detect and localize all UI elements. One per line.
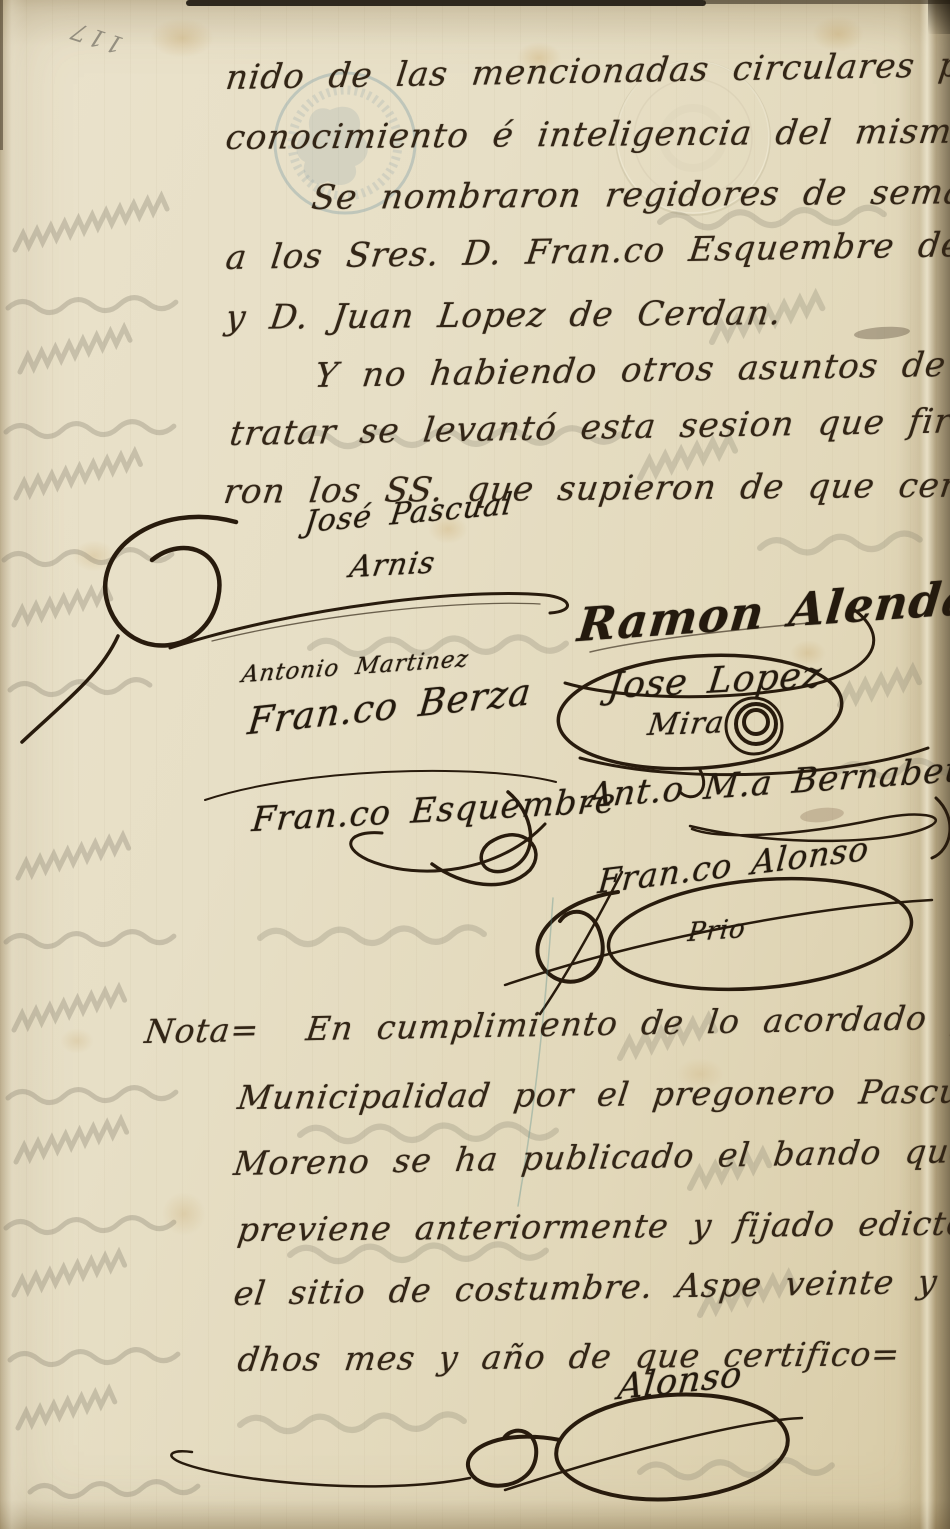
rubric-alonso-nota [171,1387,802,1507]
top-edge-shading [0,0,950,46]
scan-edge-left [0,0,3,150]
body-line-4: a los Sres. D. Fran.co Esquembre de Gome… [224,223,950,279]
body-line-3: Se nombraron regidores de semana [309,172,950,218]
nota-line-3: Moreno se ha publicado el bando que se [232,1130,950,1183]
signature-francisco-alonso-line1: Fran.co Alonso [596,828,871,901]
signature-ramon-alenda: Ramon Alenda [575,570,950,652]
scan-corner-dark [928,0,950,34]
body-line-7: tratar se levantó esta sesion que firma [228,400,950,454]
manuscript-page: 117 [0,0,950,1529]
signature-jose-lopez-line1: Jose Lopez [605,655,824,708]
signature-jose-pascual-line2: Arnis [347,545,438,585]
nota-line-1: Nota= En cumplimiento de lo acordado por… [143,996,950,1051]
scan-edge-top [186,0,706,6]
foxing-stain [162,1192,206,1236]
body-line-5: y D. Juan Lopez de Cerdan. [223,293,784,338]
ink-smudges [799,325,910,824]
foxing-stain [72,540,116,572]
nota-label: Nota= [143,1010,262,1051]
signature-francisco-esquembre: Fran.co Esquembre [250,781,618,840]
nota-line-2: Municipalidad por el pregonero Pascual [235,1071,950,1117]
bottom-edge-shading [0,1500,950,1529]
nota-line-4: previene anteriormente y fijado edicto e… [235,1203,950,1249]
body-line-1: nido de las mencionadas circulares para [224,44,950,98]
scan-edge-top-right [704,0,950,4]
signature-jose-lopez-line2: Mira [646,705,727,743]
nota-line-6: dhos mes y año de que certifico= [235,1334,902,1379]
signature-francisco-alonso-line2: Prio [686,914,747,948]
foxing-stain [150,18,214,58]
left-page-edge [0,0,26,1529]
nota-line-5: el sitio de costumbre. Aspe veinte y tre… [232,1259,950,1313]
signature-antonio-maria-bernabeu: Ant.o M.a Bernabeu [586,749,950,816]
body-line-2: conocimiento é inteligencia del mismo. [223,111,950,158]
nota-line-1-text: En cumplimiento de lo acordado por la [304,996,950,1048]
body-line-6: Y no habiendo otros asuntos de que [313,343,950,396]
foxing-stain [60,1028,94,1054]
